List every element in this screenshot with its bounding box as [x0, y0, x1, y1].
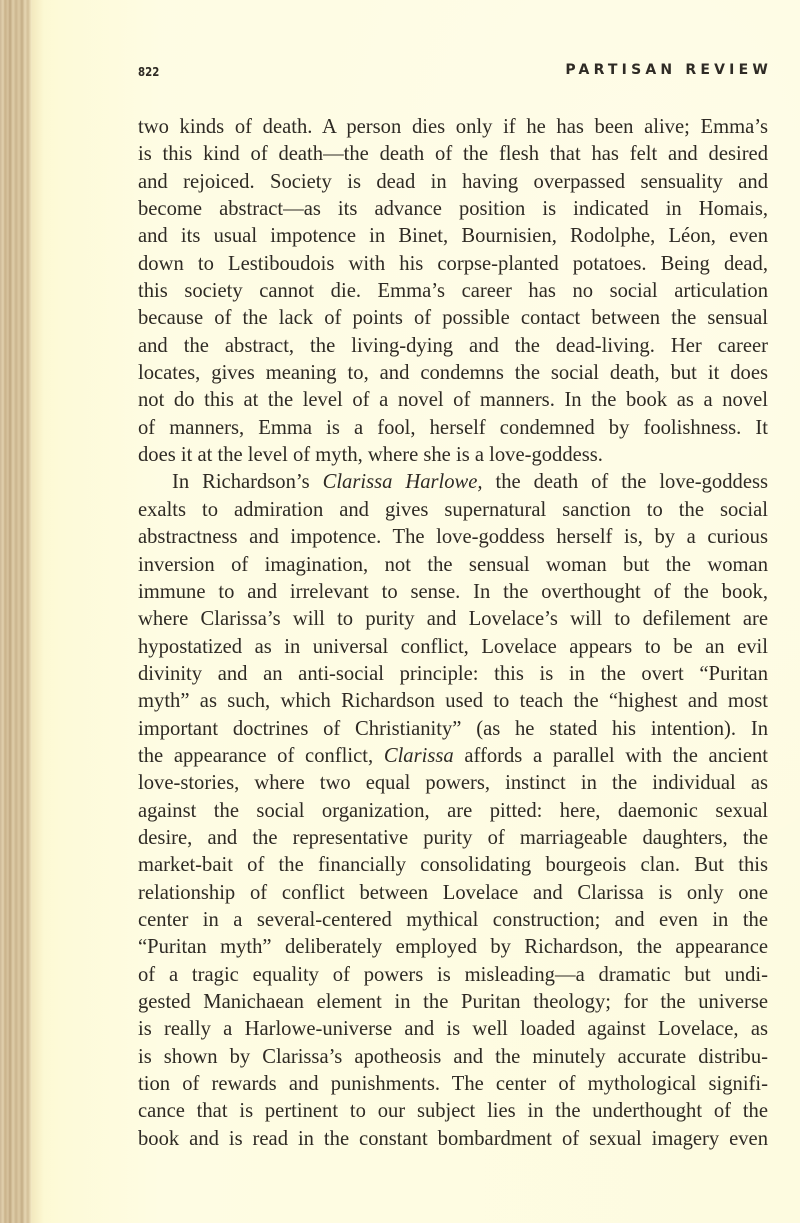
paragraph-2: In Richardson’s Clarissa Harlowe, the de… — [138, 469, 768, 1153]
book-title-clarissa-harlowe: Clarissa Harlowe, — [323, 471, 483, 493]
text-line: of manners, Emma is a fool, herself cond… — [138, 415, 768, 442]
text-line: abstractness and impotence. The love-god… — [138, 524, 768, 551]
text-line: gested Manichaean element in the Puritan… — [138, 989, 768, 1016]
text-line: book and is read in the constant bombard… — [138, 1126, 768, 1153]
text-line: tion of rewards and punishments. The cen… — [138, 1071, 768, 1098]
text-line: exalts to admiration and gives supernatu… — [138, 497, 768, 524]
text-run: the appearance of conflict, — [138, 745, 384, 767]
text-line: and rejoiced. Society is dead in having … — [138, 169, 768, 196]
text-line: where Clarissa’s will to purity and Love… — [138, 606, 768, 633]
running-head: 822 PARTISAN REVIEW — [138, 62, 768, 82]
text-line: important doctrines of Christianity” (as… — [138, 716, 768, 743]
text-line: and its usual impotence in Binet, Bourni… — [138, 223, 768, 250]
text-line-paragraph-start: In Richardson’s Clarissa Harlowe, the de… — [138, 469, 768, 496]
text-line: the appearance of conflict, Clarissa aff… — [138, 743, 768, 770]
text-line: against the social organization, are pit… — [138, 798, 768, 825]
book-title-clarissa: Clarissa — [384, 745, 454, 767]
text-line: two kinds of death. A person dies only i… — [138, 114, 768, 141]
text-line: because of the lack of points of possibl… — [138, 305, 768, 332]
paragraph-1: two kinds of death. A person dies only i… — [138, 114, 768, 469]
text-run: In Richardson’s — [172, 471, 323, 493]
text-line: is shown by Clarissa’s apotheosis and th… — [138, 1044, 768, 1071]
body-text: two kinds of death. A person dies only i… — [138, 114, 768, 1153]
text-line: of a tragic equality of powers is mislea… — [138, 962, 768, 989]
text-line: not do this at the level of a novel of m… — [138, 387, 768, 414]
text-line-paragraph-end: does it at the level of myth, where she … — [138, 442, 768, 469]
text-line: center in a several-centered mythical co… — [138, 907, 768, 934]
text-line: is really a Harlowe-universe and is well… — [138, 1016, 768, 1043]
text-line: love-stories, where two equal powers, in… — [138, 770, 768, 797]
page-number: 822 — [138, 65, 159, 79]
gutter-shadow — [32, 0, 44, 1223]
journal-title: PARTISAN REVIEW — [565, 62, 772, 78]
text-run: the death of the love-goddess — [483, 471, 768, 493]
text-line: myth” as such, which Richardson used to … — [138, 688, 768, 715]
text-line: immune to and irrelevant to sense. In th… — [138, 579, 768, 606]
text-run: affords a parallel with the ancient — [454, 745, 768, 767]
book-binding-edge — [0, 0, 32, 1223]
text-line: and the abstract, the living-dying and t… — [138, 333, 768, 360]
text-line: divinity and an anti-social principle: t… — [138, 661, 768, 688]
text-line: “Puritan myth” deliberately employed by … — [138, 934, 768, 961]
text-line: is this kind of death—the death of the f… — [138, 141, 768, 168]
text-line: relationship of conflict between Lovelac… — [138, 880, 768, 907]
text-line: desire, and the representative purity of… — [138, 825, 768, 852]
text-line: cance that is pertinent to our subject l… — [138, 1098, 768, 1125]
text-line: locates, gives meaning to, and condemns … — [138, 360, 768, 387]
text-line: become abstract—as its advance position … — [138, 196, 768, 223]
text-line: inversion of imagination, not the sensua… — [138, 552, 768, 579]
text-line: hypostatized as in universal conflict, L… — [138, 634, 768, 661]
text-line: down to Lestiboudois with his corpse-pla… — [138, 251, 768, 278]
text-line: this society cannot die. Emma’s career h… — [138, 278, 768, 305]
text-line: market-bait of the financially consolida… — [138, 852, 768, 879]
scanned-page: 822 PARTISAN REVIEW two kinds of death. … — [0, 0, 800, 1223]
